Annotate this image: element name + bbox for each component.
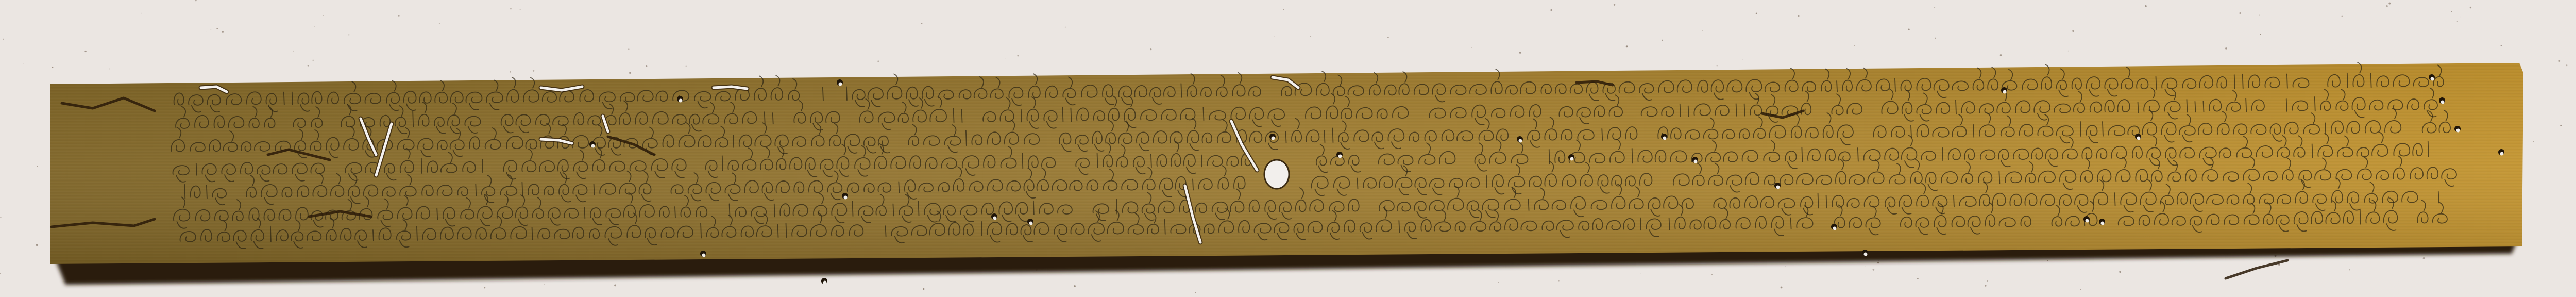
manuscript-photo: Odia palm-leaf manuscript folio Odia [0,0,2576,297]
string-hole [1264,160,1289,189]
palm-leaf [0,0,2576,297]
